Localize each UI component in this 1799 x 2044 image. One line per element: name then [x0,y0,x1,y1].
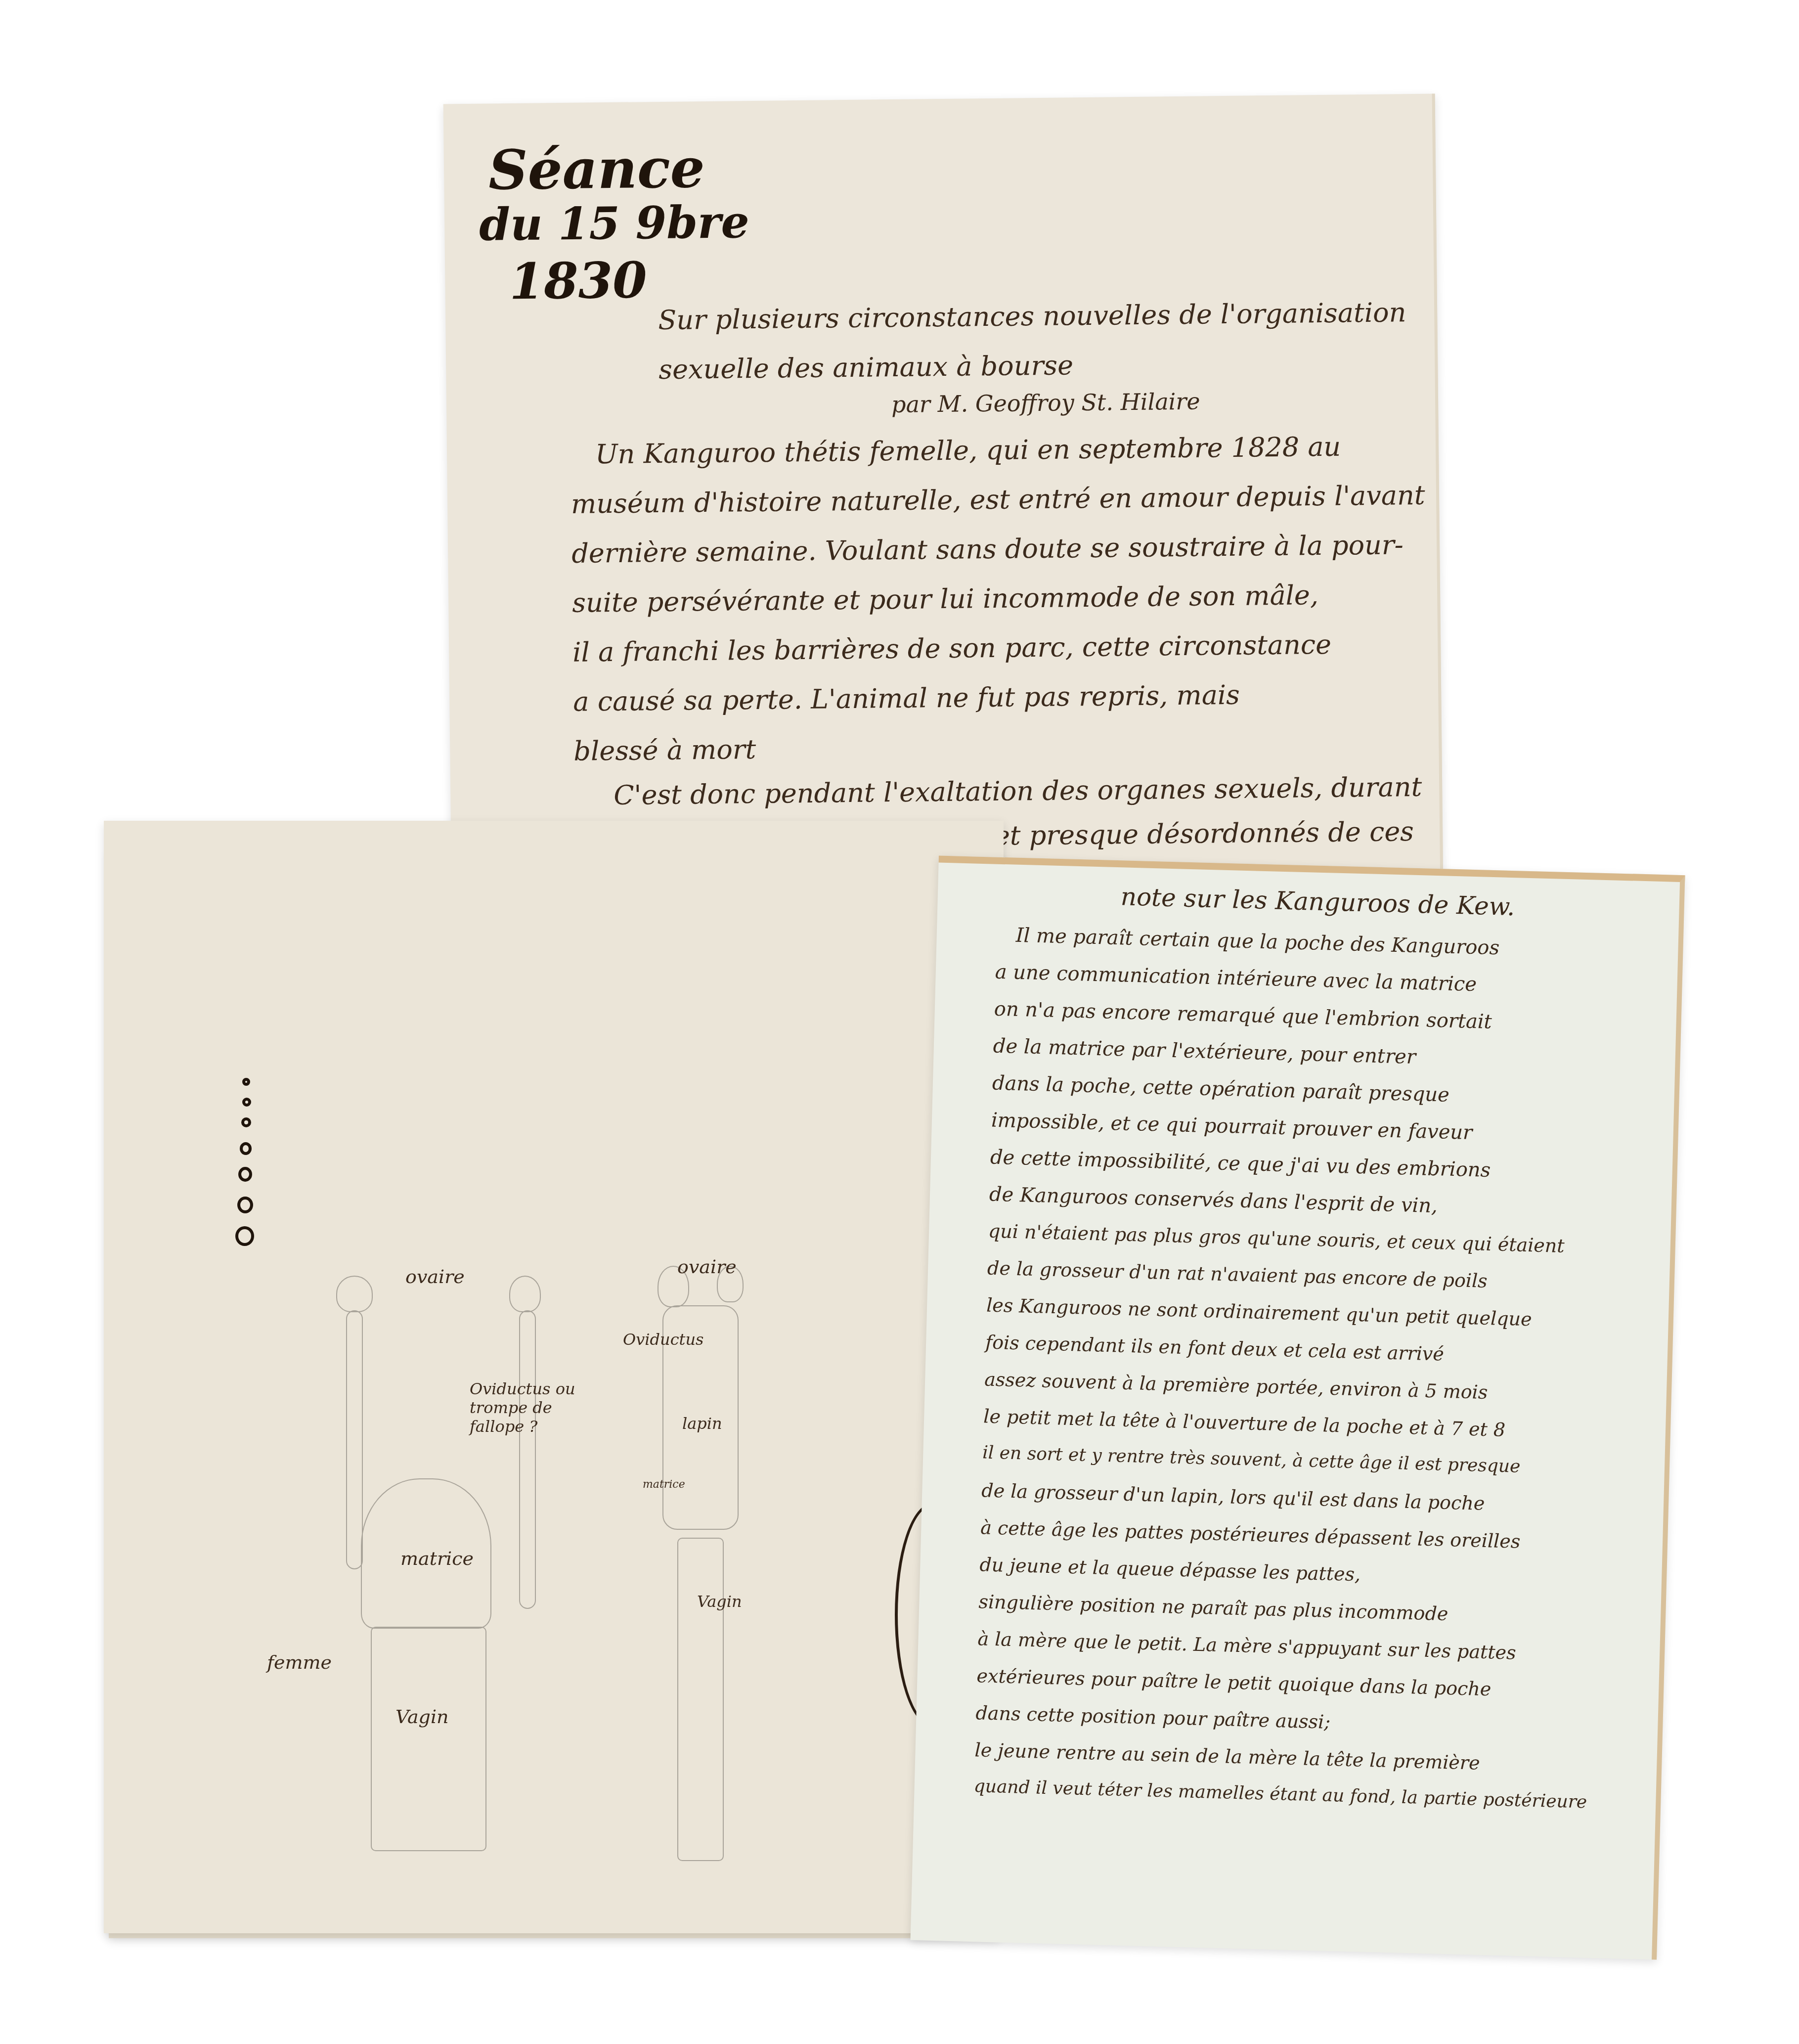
label-matrice: matrice [400,1548,474,1569]
note-line-11: les Kanguroos ne sont ordinairement qu'u… [986,1294,1532,1330]
note-line-6: impossible, et ce qui pourrait prouver e… [991,1109,1473,1144]
note-line-14: le petit met la tête à l'ouverture de la… [983,1405,1506,1441]
note-line-13: assez souvent à la première portée, envi… [984,1368,1488,1403]
note-line-4: de la matrice par l'extérieure, pour ent… [993,1035,1416,1068]
label-small-matrice: matrice [643,1478,685,1491]
label-femme: femme [267,1651,332,1673]
note-line-16: de la grosseur d'un lapin, lors qu'il es… [981,1479,1485,1514]
note-title: note sur les Kanguroos de Kew. [1120,882,1515,921]
egg-stage-3-icon [241,1117,251,1127]
body-line-2: muséum d'histoire naturelle, est entré e… [571,480,1425,520]
note-line-5: dans la poche, cette opération paraît pr… [992,1072,1449,1107]
label-lapin: lapin [682,1414,722,1433]
egg-stage-1-icon [242,1078,250,1086]
note-line-23: le jeune rentre au sein de la mère la tê… [974,1739,1480,1774]
seance-heading-1: Séance [488,141,705,198]
top-manuscript-sheet: Séance du 15 9bre 1830 Sur plusieurs cir… [443,94,1444,895]
note-line-2: a une communication intérieure avec la m… [995,961,1477,996]
egg-stage-6-icon [237,1197,253,1213]
note-line-7: de cette impossibilité, ce que j'ai vu d… [990,1146,1491,1182]
vagina-drawing-2 [677,1538,724,1861]
note-line-19: singulière position ne paraît pas plus i… [978,1591,1448,1625]
seance-heading-2: du 15 9bre [479,200,749,247]
anatomical-drawing-sheet: ovaire ovaire Oviductus Oviductus ou tro… [104,821,1004,1933]
ovary-drawing-2 [509,1276,541,1312]
note-line-22: dans cette position pour paître aussi; [975,1702,1331,1733]
oviduct-drawing-1 [346,1310,363,1569]
note-line-20: à la mère que le petit. La mère s'appuya… [977,1628,1516,1664]
label-ovaire-2: ovaire [677,1256,737,1278]
title-line-1: Sur plusieurs circonstances nouvelles de… [658,297,1406,336]
label-vagin-2: Vagin [697,1592,742,1611]
body-line-1: Un Kanguroo thétis femelle, qui en septe… [595,431,1341,470]
body-line-8: C'est donc pendant l'exaltation des orga… [614,771,1422,811]
label-oviductus-2: Oviductus [623,1330,703,1349]
label-ovaire-1: ovaire [405,1266,465,1288]
note-line-24: quand il veut téter les mamelles étant a… [973,1776,1587,1812]
body-line-4: suite persévérante et pour lui incommode… [572,579,1318,619]
note-line-17: à cette âge les pattes postérieures dépa… [980,1516,1521,1553]
body-line-6: a causé sa perte. L'animal ne fut pas re… [573,679,1240,717]
note-line-8: de Kanguroos conservés dans l'esprit de … [989,1183,1438,1218]
note-line-18: du jeune et la queue dépasse les pattes, [979,1554,1361,1585]
body-line-3: dernière semaine. Voulant sans doute se … [571,529,1404,569]
label-oviductus-1: Oviductus ou trompe de fallope ? [470,1379,598,1436]
kangaroo-note-sheet: note sur les Kanguroos de Kew. Il me par… [911,856,1685,1960]
vagina-drawing-1 [371,1627,486,1851]
author-line: par M. Geoffroy St. Hilaire [891,388,1200,418]
egg-stage-2-icon [242,1098,251,1107]
note-line-21: extérieures pour paître le petit quoique… [976,1665,1492,1700]
body-line-7: blessé à mort [573,734,756,767]
note-line-12: fois cependant ils en font deux et cela … [985,1331,1445,1365]
note-line-9: qui n'étaient pas plus gros qu'une souri… [988,1220,1565,1257]
label-vagin-1: Vagin [395,1706,449,1728]
body-line-5: il a franchi les barrières de son parc, … [572,629,1331,668]
note-line-1: Il me paraît certain que la poche des Ka… [1015,924,1499,960]
egg-stage-5-icon [238,1167,252,1182]
note-line-3: on n'a pas encore remarqué que l'embrion… [994,998,1492,1033]
note-line-15: il en sort et y rentre très souvent, à c… [982,1442,1521,1476]
oviduct-drawing-2 [519,1310,536,1609]
title-line-2: sexuelle des animaux à bourse [658,350,1073,385]
note-line-10: de la grosseur d'un rat n'avaient pas en… [987,1257,1488,1291]
egg-stage-4-icon [240,1142,252,1155]
ovary-drawing-1 [336,1276,373,1312]
seance-heading-3: 1830 [509,255,647,306]
egg-stage-7-icon [235,1226,254,1246]
